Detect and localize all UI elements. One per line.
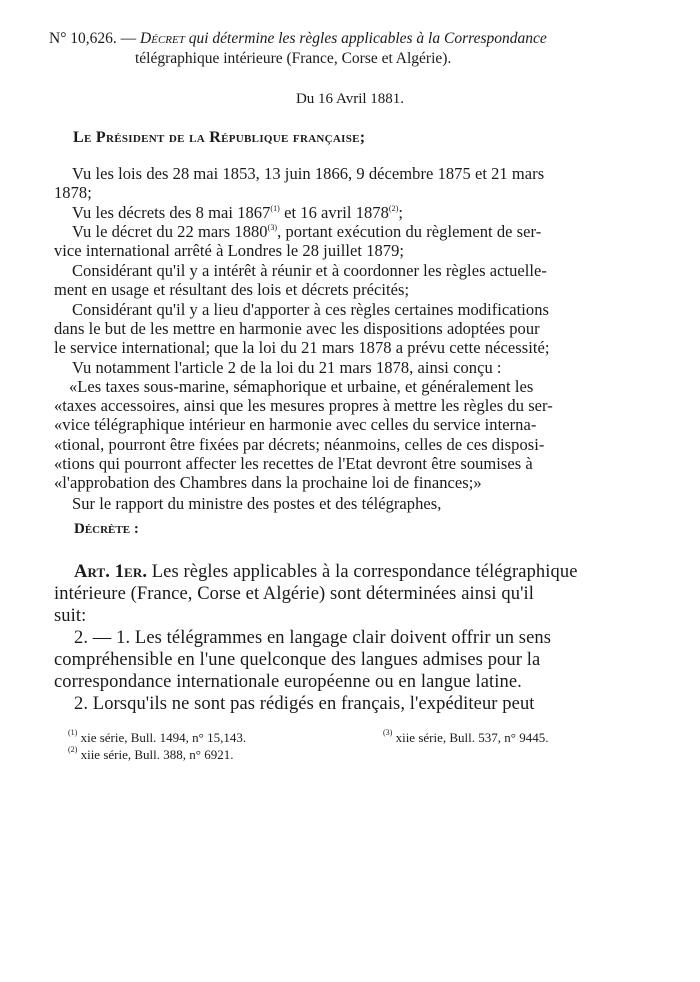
article-line: intérieure (France, Corse et Algérie) so…: [54, 584, 534, 605]
article-1-label: Art. 1er.: [74, 562, 147, 582]
quoted-law-line: «Les taxes sous-marine, sémaphorique et …: [69, 377, 533, 397]
preamble-line: Vu les lois des 28 mai 1853, 13 juin 186…: [72, 164, 544, 184]
article-line: Art. 1er. Les règles applicables à la co…: [74, 562, 578, 583]
footnote-ref: (3): [268, 223, 277, 232]
footnote-ref: (2): [389, 204, 398, 213]
decree-date: Du 16 Avril 1881.: [0, 91, 700, 108]
preamble-line: Sur le rapport du ministre des postes et…: [72, 494, 441, 514]
quoted-law-line: «l'approbation des Chambres dans la proc…: [54, 473, 482, 493]
decree-label: Décret: [140, 30, 185, 47]
article-line: 2. Lorsqu'ils ne sont pas rédigés en fra…: [74, 694, 535, 715]
article-line: correspondance internationale européenne…: [54, 672, 522, 693]
quoted-law-line: «tional, pourront être fixées par décret…: [54, 435, 544, 455]
quoted-law-line: «taxes accessoires, ainsi que les mesure…: [54, 396, 553, 416]
quoted-law-line: «vice télégraphique intérieur en harmoni…: [54, 415, 536, 435]
preamble-line: vice international arrêté à Londres le 2…: [54, 241, 404, 261]
preamble-line: dans le but de les mettre en harmonie av…: [54, 319, 540, 339]
preamble-line: Vu notamment l'article 2 de la loi du 21…: [72, 358, 502, 378]
preamble-line: Considérant qu'il y a intérêt à réunir e…: [72, 261, 547, 281]
decree-title-text: qui détermine les règles applicables à l…: [185, 30, 547, 47]
preamble-line: Vu les décrets des 8 mai 1867(1) et 16 a…: [72, 203, 403, 223]
preamble-line: Considérant qu'il y a lieu d'apporter à …: [72, 300, 549, 320]
quoted-law-line: «tions qui pourront affecter les recette…: [54, 454, 533, 474]
decrete-heading: Décrète :: [74, 521, 139, 538]
article-line: suit:: [54, 606, 86, 627]
document-page: N° 10,626. — Décret qui détermine les rè…: [0, 0, 700, 982]
article-line: compréhensible en l'une quelconque des l…: [54, 650, 540, 671]
footnote-ref: (1): [270, 204, 279, 213]
footnote-1: (1) xie série, Bull. 1494, n° 15,143.: [68, 730, 246, 746]
footnote-3: (3) xiie série, Bull. 537, n° 9445.: [383, 730, 548, 746]
president-heading: Le Président de la République française;: [73, 129, 365, 147]
preamble-line: le service international; que la loi du …: [54, 338, 549, 358]
decree-number: N° 10,626. —: [49, 30, 136, 47]
decree-title-line-1: N° 10,626. — Décret qui détermine les rè…: [49, 30, 547, 48]
preamble-line: ment en usage et résultant des lois et d…: [54, 280, 409, 300]
preamble-line: Vu le décret du 22 mars 1880(3), portant…: [72, 222, 541, 242]
article-line: 2. — 1. Les télégrammes en langage clair…: [74, 628, 551, 649]
decree-title-line-2: télégraphique intérieure (France, Corse …: [135, 50, 451, 68]
preamble-line: 1878;: [54, 183, 92, 203]
footnote-2: (2) xiie série, Bull. 388, n° 6921.: [68, 747, 233, 763]
